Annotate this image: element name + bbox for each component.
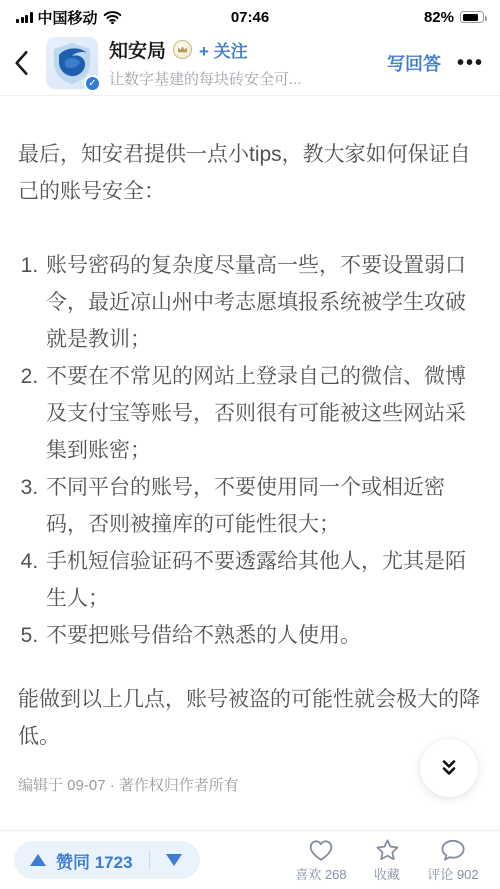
tip-item-3: 不同平台的账号，不要使用同一个或相近密码，否则被撞库的可能性很大； <box>44 469 482 543</box>
pill-divider <box>149 850 150 870</box>
battery-percent-label: 82% <box>424 9 454 26</box>
like-label: 喜欢 268 <box>295 864 346 883</box>
comment-label: 评论 902 <box>427 864 478 883</box>
vote-pill: 赞同 1723 <box>14 841 200 879</box>
tip-item-1: 账号密码的复杂度尽量高一些，不要设置弱口令，最近凉山州中考志愿填报系统被学生攻破… <box>44 247 482 358</box>
author-headline: 让数字基建的每块砖安全可... <box>109 68 329 89</box>
collapse-answer-button[interactable] <box>420 739 478 797</box>
status-bar: 中国移动 07:46 82% <box>0 0 500 30</box>
like-button[interactable]: 喜欢 268 <box>288 838 354 883</box>
downvote-button[interactable] <box>166 854 182 866</box>
star-icon <box>375 838 400 862</box>
clock-label: 07:46 <box>231 9 269 26</box>
tip-item-2: 不要在不常见的网站上登录自己的微信、微博及支付宝等账号，否则很有可能被这些网站采… <box>44 358 482 469</box>
battery-icon <box>460 11 484 23</box>
favorite-button[interactable]: 收藏 <box>354 838 420 883</box>
tip-item-4: 手机短信验证码不要透露给其他人，尤其是陌生人； <box>44 543 482 617</box>
follow-button[interactable]: + 关注 <box>199 37 248 62</box>
back-button[interactable] <box>14 48 40 78</box>
double-chevron-down-icon <box>439 758 459 778</box>
avatar[interactable]: ✓ <box>46 37 98 89</box>
more-dots-icon[interactable]: ••• <box>457 53 484 73</box>
comment-button[interactable]: 评论 902 <box>420 838 486 883</box>
comment-bubble-icon <box>440 838 466 862</box>
author-name[interactable]: 知安局 <box>109 36 166 63</box>
write-answer-button[interactable]: 写回答 <box>387 50 441 76</box>
action-bar: 赞同 1723 喜欢 268 收藏 评论 902 <box>0 830 500 889</box>
signal-bars-icon <box>16 12 33 23</box>
answer-body: 最后，知安君提供一点小tips，教大家如何保证自己的账号安全： 账号密码的复杂度… <box>0 136 500 796</box>
gold-member-badge-icon <box>173 40 192 59</box>
wifi-icon <box>103 10 122 24</box>
verified-check-icon: ✓ <box>84 75 101 92</box>
intro-paragraph: 最后，知安君提供一点小tips，教大家如何保证自己的账号安全： <box>18 136 482 210</box>
carrier-label: 中国移动 <box>38 7 98 28</box>
heart-icon <box>308 838 334 862</box>
upvote-triangle-icon[interactable] <box>30 854 46 866</box>
edit-meta-label: 编辑于 09-07 · 著作权归作者所有 <box>18 776 482 796</box>
tip-item-5: 不要把账号借给不熟悉的人使用。 <box>44 617 482 654</box>
conclusion-paragraph: 能做到以上几点，账号被盗的可能性就会极大的降低。 <box>18 681 482 755</box>
answer-header: ✓ 知安局 + 关注 让数字基建的每块砖安全可... 写回答 ••• <box>0 30 500 96</box>
back-chevron-icon <box>14 50 29 76</box>
tips-list: 账号密码的复杂度尽量高一些，不要设置弱口令，最近凉山州中考志愿填报系统被学生攻破… <box>18 247 482 654</box>
favorite-label: 收藏 <box>374 864 400 883</box>
upvote-button[interactable]: 赞同 1723 <box>56 848 133 873</box>
